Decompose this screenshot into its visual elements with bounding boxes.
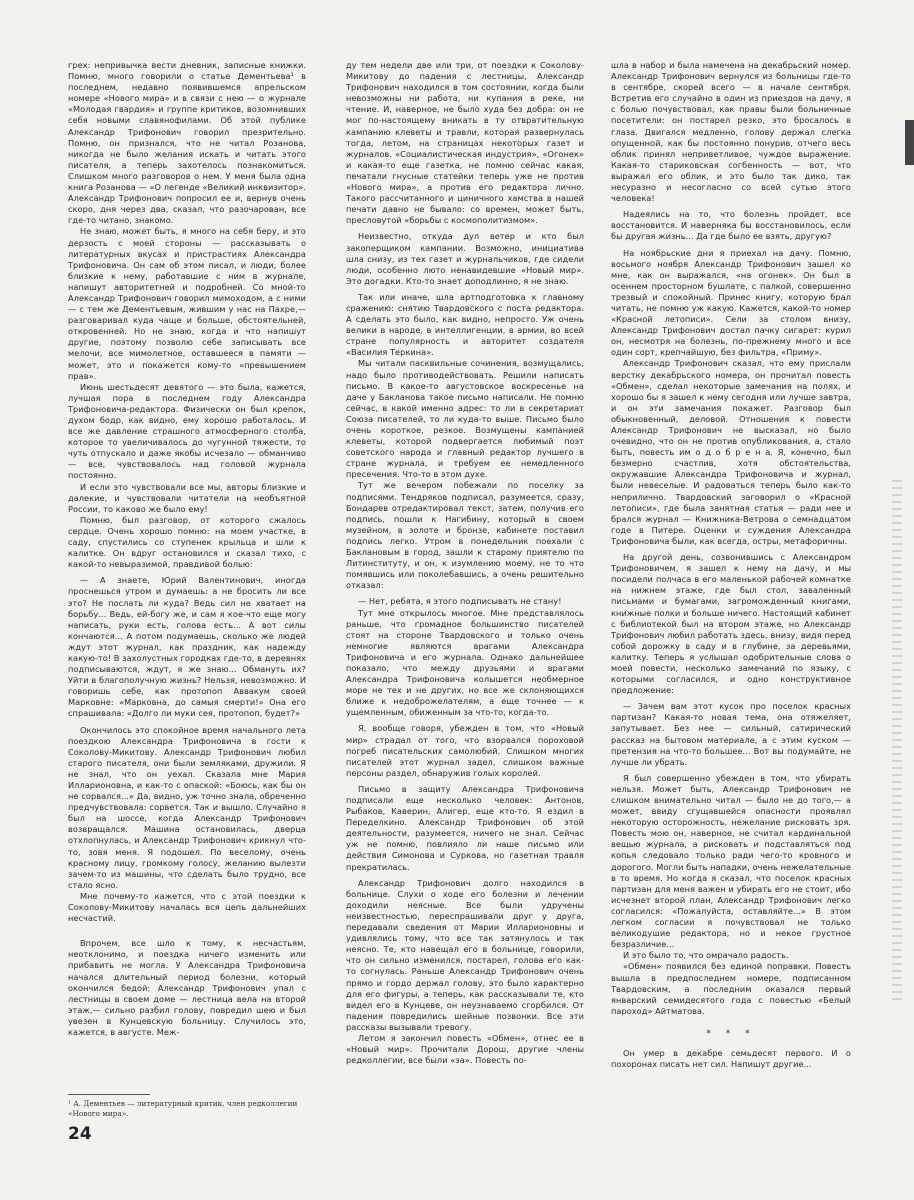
paragraph: Тут же вечером побежали по поселку за по… bbox=[346, 480, 584, 591]
page-number: 24 bbox=[68, 1124, 92, 1144]
paragraph: Письмо в защиту Александра Трифоновича п… bbox=[346, 784, 584, 873]
paragraph: «Обмен» появился без единой поправки. По… bbox=[611, 961, 851, 1016]
edge-tab-marker bbox=[905, 120, 914, 165]
quote-paragraph: — Зачем вам этот кусок про поселок красн… bbox=[611, 701, 851, 768]
magazine-page: грех: непривычка вести дневник, записные… bbox=[0, 0, 914, 1200]
paragraph: Я, вообще говоря, убежден в том, что «Но… bbox=[346, 723, 584, 778]
paragraph: шла в набор и была намечена на декабрьск… bbox=[611, 60, 851, 204]
text-column-middle: ду тем недели две или три, от поездки к … bbox=[346, 60, 584, 1066]
paragraph: Летом я закончил повесть «Обмен», отнес … bbox=[346, 1033, 584, 1066]
paragraph: Окончилось это спокойное время начальног… bbox=[68, 725, 306, 891]
paragraph: Так или иначе, шла артподготовка к главн… bbox=[346, 292, 584, 359]
paragraph: Впрочем, все шло к тому, к несчастьям, н… bbox=[68, 938, 306, 1038]
paragraph: И это было то, что омрачало радость. bbox=[611, 950, 851, 961]
paragraph: Александр Трифонович сказал, что ему при… bbox=[611, 358, 851, 547]
quote-paragraph: — А знаете, Юрий Валентинович, иногда пр… bbox=[68, 575, 306, 719]
section-break: * * * bbox=[611, 1029, 851, 1040]
paragraph: На ноябрьские дни я приехал на дачу. Пом… bbox=[611, 248, 851, 359]
paragraph: И если это чувствовали все мы, авторы бл… bbox=[68, 482, 306, 515]
paragraph: ду тем недели две или три, от поездки к … bbox=[346, 60, 584, 226]
text-column-left: грех: непривычка вести дневник, записные… bbox=[68, 60, 306, 1038]
paragraph: На другой день, созвонившись с Александр… bbox=[611, 552, 851, 696]
paragraph: Тут мне открылось многое. Мне представля… bbox=[346, 608, 584, 719]
text-column-right: шла в набор и была намечена на декабрьск… bbox=[611, 60, 851, 1070]
paragraph: Надеялись на то, что болезнь пройдет, вс… bbox=[611, 209, 851, 242]
paragraph: Не знаю, может быть, я много на себя бер… bbox=[68, 226, 306, 381]
footnote-divider bbox=[68, 1094, 150, 1095]
paragraph: Неизвестно, откуда дул ветер и кто был з… bbox=[346, 231, 584, 286]
paragraph: Июнь шестьдесят девятого — это была, каж… bbox=[68, 382, 306, 482]
footnote: ¹ А. Дементьев — литературный критик, чл… bbox=[68, 1099, 308, 1118]
edge-print-scale bbox=[892, 480, 902, 1000]
paragraph: Помню, был разговор, от которого сжалось… bbox=[68, 515, 306, 570]
paragraph: Я был совершенно убежден в том, что убир… bbox=[611, 773, 851, 951]
paragraph: грех: непривычка вести дневник, записные… bbox=[68, 60, 306, 226]
quote-paragraph: — Нет, ребята, я этого подписывать не ст… bbox=[346, 596, 584, 607]
paragraph: Мы читали пасквильные сочинения, возмуща… bbox=[346, 358, 584, 480]
paragraph: Он умер в декабре семьдесят первого. И о… bbox=[611, 1048, 851, 1070]
paragraph: Александр Трифонович долго находился в б… bbox=[346, 878, 584, 1033]
paragraph: Мне почему-то кажется, что с этой поездк… bbox=[68, 891, 306, 924]
